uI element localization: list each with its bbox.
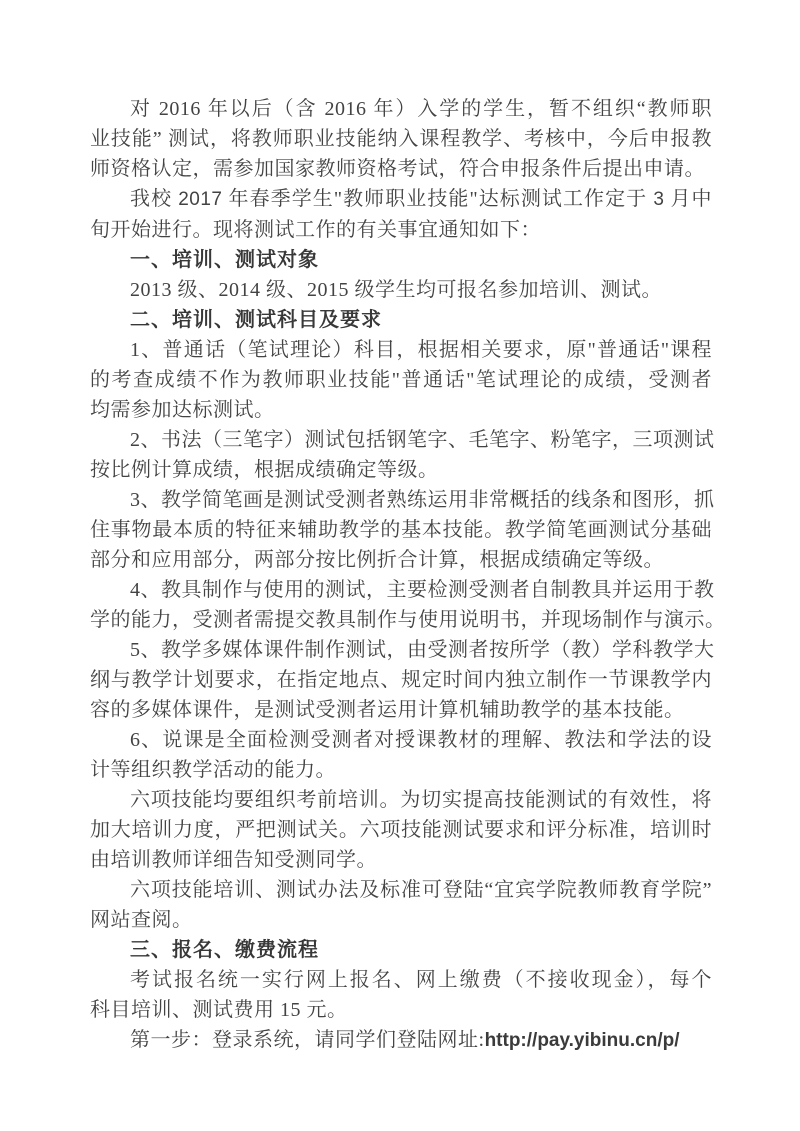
text-line: 按比例计算成绩，根据成绩确定等级。 xyxy=(90,455,712,485)
text-segment: 月中 xyxy=(664,188,712,210)
text-line: 师资格认定，需参加国家教师资格考试，符合申报条件后提出申请。 xyxy=(90,154,712,184)
text-line: 六项技能均要组织考前培训。为切实提高技能测试的有效性，将 xyxy=(90,785,712,815)
month-number: 3 xyxy=(653,189,664,210)
text-line: 部分和应用部分，两部分按比例折合计算，根据成绩确定等级。 xyxy=(90,545,712,575)
paragraph-item-3: 3、教学简笔画是测试受测者熟练运用非常概括的线条和图形，抓 住事物最本质的特征来… xyxy=(90,485,712,575)
year-number: 2017 xyxy=(178,189,222,210)
section-heading: 一、培训、测试对象 xyxy=(90,245,712,275)
section-heading-3: 三、报名、缴费流程 xyxy=(90,935,712,965)
section-heading: 三、报名、缴费流程 xyxy=(90,935,712,965)
text-segment: 年春季学生"教师职业技能"达标测试工作定于 xyxy=(222,188,653,210)
section-heading-1: 一、培训、测试对象 xyxy=(90,245,712,275)
url-text: http://pay.yibinu.cn/p/ xyxy=(485,1030,680,1051)
text-line: 对 2016 年以后（含 2016 年）入学的学生，暂不组织“教师职 xyxy=(90,94,712,124)
page: 对 2016 年以后（含 2016 年）入学的学生，暂不组织“教师职 业技能” … xyxy=(0,0,800,1131)
paragraph: 考试报名统一实行网上报名、网上缴费（不接收现金），每个 科目培训、测试费用 15… xyxy=(90,965,712,1025)
text-line: 3、教学简笔画是测试受测者熟练运用非常概括的线条和图形，抓 xyxy=(90,485,712,515)
text-line: 加大培训力度，严把测试关。六项技能测试要求和评分标准，培训时 xyxy=(90,815,712,845)
text-line: 科目培训、测试费用 15 元。 xyxy=(90,995,712,1025)
text-line: 考试报名统一实行网上报名、网上缴费（不接收现金），每个 xyxy=(90,965,712,995)
paragraph: 2013 级、2014 级、2015 级学生均可报名参加培训、测试。 xyxy=(90,275,712,305)
text-line: 5、教学多媒体课件制作测试，由受测者按所学（教）学科教学大 xyxy=(90,635,712,665)
paragraph: 六项技能培训、测试办法及标准可登陆“宜宾学院教师教育学院” 网站查阅。 xyxy=(90,875,712,935)
paragraph: 对 2016 年以后（含 2016 年）入学的学生，暂不组织“教师职 业技能” … xyxy=(90,94,712,184)
document-content: 对 2016 年以后（含 2016 年）入学的学生，暂不组织“教师职 业技能” … xyxy=(90,94,712,1056)
text-line: 纲与教学计划要求，在指定地点、规定时间内独立制作一节课教学内 xyxy=(90,665,712,695)
text-line: 2、书法（三笔字）测试包括钢笔字、毛笔字、粉笔字，三项测试 xyxy=(90,425,712,455)
text-line: 1、普通话（笔试理论）科目，根据相关要求，原"普通话"课程 xyxy=(90,335,712,365)
text-line: 六项技能培训、测试办法及标准可登陆“宜宾学院教师教育学院” xyxy=(90,875,712,905)
text-line: 4、教具制作与使用的测试，主要检测受测者自制教具并运用于教 xyxy=(90,575,712,605)
text-line: 住事物最本质的特征来辅助教学的基本技能。教学简笔画测试分基础 xyxy=(90,515,712,545)
text-line: 6、说课是全面检测受测者对授课教材的理解、教法和学法的设 xyxy=(90,725,712,755)
text-line: 第一步：登录系统，请同学们登陆网址:http://pay.yibinu.cn/p… xyxy=(90,1025,712,1056)
text-line: 业技能” 测试，将教师职业技能纳入课程教学、考核中，今后申报教 xyxy=(90,124,712,154)
text-line: 由培训教师详细告知受测同学。 xyxy=(90,845,712,875)
section-heading: 二、培训、测试科目及要求 xyxy=(90,305,712,335)
section-heading-2: 二、培训、测试科目及要求 xyxy=(90,305,712,335)
text-line: 学的能力，受测者需提交教具制作与使用说明书，并现场制作与演示。 xyxy=(90,605,712,635)
text-line: 旬开始进行。现将测试工作的有关事宜通知如下： xyxy=(90,215,712,245)
paragraph: 我校 2017 年春季学生"教师职业技能"达标测试工作定于 3 月中 旬开始进行… xyxy=(90,184,712,245)
paragraph-step-1: 第一步：登录系统，请同学们登陆网址:http://pay.yibinu.cn/p… xyxy=(90,1025,712,1056)
paragraph-item-4: 4、教具制作与使用的测试，主要检测受测者自制教具并运用于教 学的能力，受测者需提… xyxy=(90,575,712,635)
step-label: 第一步：登录系统，请同学们登陆网址: xyxy=(130,1029,485,1051)
text-line: 计等组织教学活动的能力。 xyxy=(90,755,712,785)
text-line: 均需参加达标测试。 xyxy=(90,395,712,425)
text-segment: 我校 xyxy=(130,188,178,210)
text-line: 容的多媒体课件，是测试受测者运用计算机辅助教学的基本技能。 xyxy=(90,695,712,725)
text-line: 的考查成绩不作为教师职业技能"普通话"笔试理论的成绩，受测者 xyxy=(90,365,712,395)
paragraph-item-2: 2、书法（三笔字）测试包括钢笔字、毛笔字、粉笔字，三项测试 按比例计算成绩，根据… xyxy=(90,425,712,485)
paragraph-item-5: 5、教学多媒体课件制作测试，由受测者按所学（教）学科教学大 纲与教学计划要求，在… xyxy=(90,635,712,725)
text-line: 网站查阅。 xyxy=(90,905,712,935)
paragraph-item-6: 6、说课是全面检测受测者对授课教材的理解、教法和学法的设 计等组织教学活动的能力… xyxy=(90,725,712,785)
text-line: 2013 级、2014 级、2015 级学生均可报名参加培训、测试。 xyxy=(90,275,712,305)
text-line: 我校 2017 年春季学生"教师职业技能"达标测试工作定于 3 月中 xyxy=(90,184,712,215)
paragraph-item-1: 1、普通话（笔试理论）科目，根据相关要求，原"普通话"课程 的考查成绩不作为教师… xyxy=(90,335,712,425)
paragraph: 六项技能均要组织考前培训。为切实提高技能测试的有效性，将 加大培训力度，严把测试… xyxy=(90,785,712,875)
